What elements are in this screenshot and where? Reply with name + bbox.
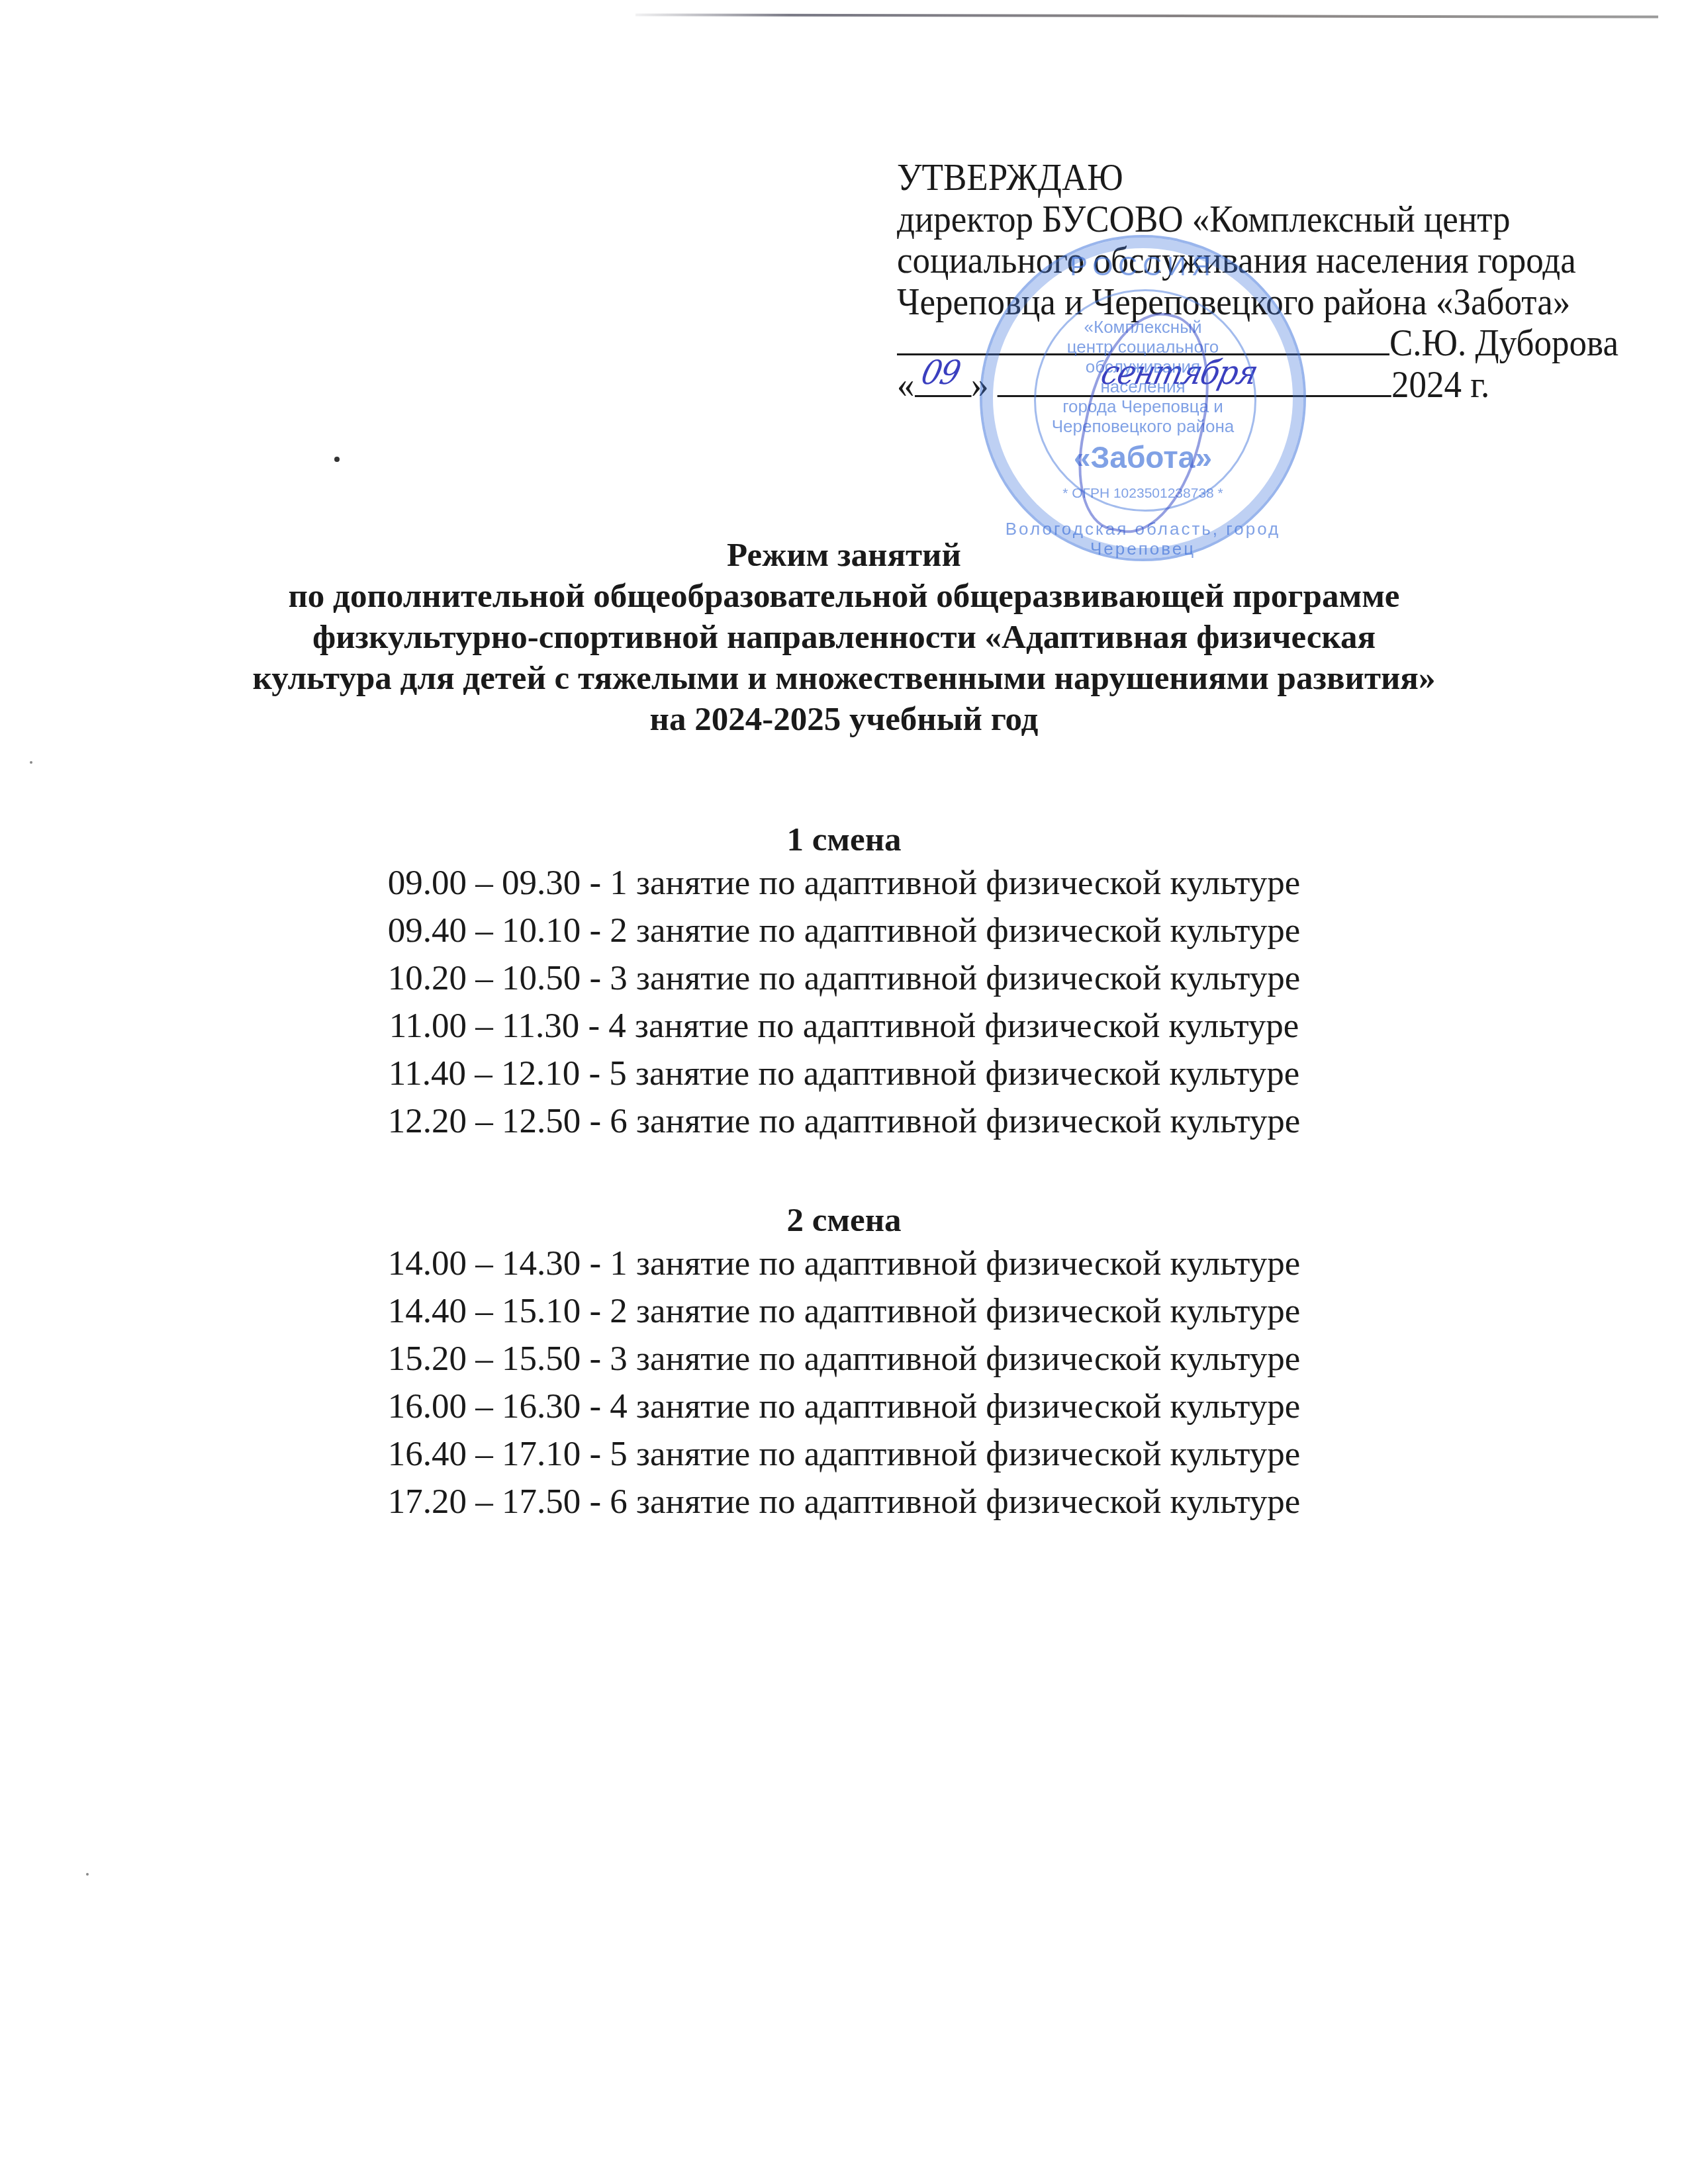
date-close-quote: » xyxy=(971,364,989,406)
schedule-row: 16.00 – 16.30 - 4 занятие по адаптивной … xyxy=(0,1383,1688,1430)
title-line: Режим занятий xyxy=(0,535,1688,576)
approval-heading: УТВЕРЖДАЮ xyxy=(897,158,1611,199)
stamp-ogrn: * ОГРН 1023501238738 * xyxy=(982,486,1303,502)
shift-2-heading: 2 смена xyxy=(0,1201,1688,1240)
schedule-row: 10.20 – 10.50 - 3 занятие по адаптивной … xyxy=(0,954,1688,1002)
approval-position-line: директор БУСОВО «Комплексный центр xyxy=(897,199,1611,241)
approval-position-line: социального обслуживания населения город… xyxy=(897,240,1611,282)
schedule-row: 16.40 – 17.10 - 5 занятие по адаптивной … xyxy=(0,1430,1688,1478)
scan-top-edge-line xyxy=(635,13,1658,18)
approval-block: УТВЕРЖДАЮ директор БУСОВО «Комплексный ц… xyxy=(897,158,1611,406)
schedule-row: 11.00 – 11.30 - 4 занятие по адаптивной … xyxy=(0,1002,1688,1050)
schedule-row: 12.20 – 12.50 - 6 занятие по адаптивной … xyxy=(0,1097,1688,1145)
date-open-quote: « xyxy=(897,364,915,406)
scan-speck xyxy=(30,761,32,764)
signature-line xyxy=(897,324,1389,355)
schedule-row: 09.40 – 10.10 - 2 занятие по адаптивной … xyxy=(0,907,1688,954)
date-month-handwritten: сентября xyxy=(1098,352,1262,394)
shift-2-schedule: 14.00 – 14.30 - 1 занятие по адаптивной … xyxy=(0,1240,1688,1525)
schedule-row: 14.00 – 14.30 - 1 занятие по адаптивной … xyxy=(0,1240,1688,1287)
schedule-row: 15.20 – 15.50 - 3 занятие по адаптивной … xyxy=(0,1335,1688,1383)
document-title: Режим занятий по дополнительной общеобра… xyxy=(0,535,1688,740)
title-line: физкультурно-спортивной направленности «… xyxy=(0,617,1688,658)
stamp-center-line: Череповецкого района xyxy=(982,416,1303,436)
shift-1-schedule: 09.00 – 09.30 - 1 занятие по адаптивной … xyxy=(0,859,1688,1145)
schedule-row: 17.20 – 17.50 - 6 занятие по адаптивной … xyxy=(0,1478,1688,1525)
title-line: культура для детей с тяжелыми и множеств… xyxy=(0,658,1688,699)
schedule-row: 11.40 – 12.10 - 5 занятие по адаптивной … xyxy=(0,1050,1688,1097)
date-month-field: сентября xyxy=(998,366,1391,397)
title-line: на 2024-2025 учебный год xyxy=(0,699,1688,740)
title-line: по дополнительной общеобразовательной об… xyxy=(0,576,1688,617)
scan-speck xyxy=(334,457,340,462)
scan-speck xyxy=(86,1873,89,1876)
shift-1-heading: 1 смена xyxy=(0,821,1688,859)
schedule-row: 09.00 – 09.30 - 1 занятие по адаптивной … xyxy=(0,859,1688,907)
date-day-field: 09 xyxy=(915,366,972,397)
schedule-row: 14.40 – 15.10 - 2 занятие по адаптивной … xyxy=(0,1287,1688,1335)
signatory-name: С.Ю. Дуборова xyxy=(1389,322,1618,364)
date-year: 2024 г. xyxy=(1391,364,1489,406)
date-row: «09» сентября2024 г. xyxy=(897,365,1611,406)
stamp-center-name: «Забота» xyxy=(982,439,1303,475)
approval-position-line: Череповца и Череповецкого района «Забота… xyxy=(897,282,1611,324)
